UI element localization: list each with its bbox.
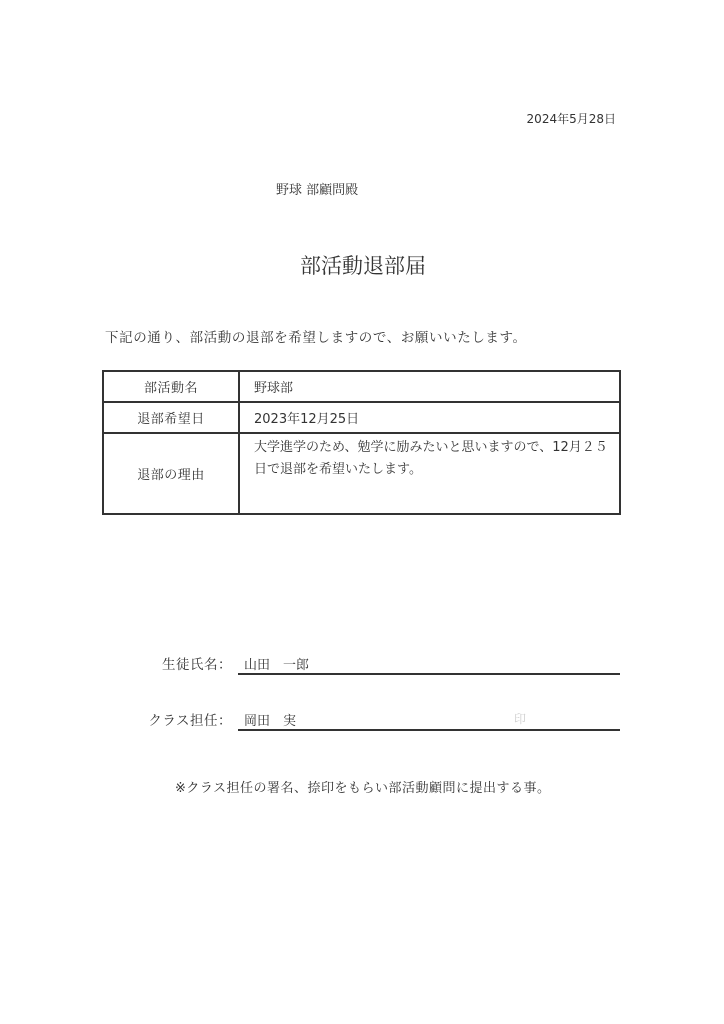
student-name-label: 生徒氏名： [112, 653, 232, 673]
table-row-withdrawal-date: 退部希望日 2023年12月25日 [103, 402, 620, 433]
reason-label: 退部の理由 [103, 433, 239, 514]
homeroom-teacher-value: 岡田 実 [244, 710, 296, 729]
table-row-reason: 退部の理由 大学進学のため、勉学に励みたいと思いますので、12月２５日で退部を希… [103, 433, 620, 514]
student-name-underline [238, 673, 620, 675]
club-name-label: 部活動名 [103, 371, 239, 402]
reason-value: 大学進学のため、勉学に励みたいと思いますので、12月２５日で退部を希望いたします… [239, 433, 620, 514]
intro-text: 下記の通り、部活動の退部を希望しますので、お願いいたします。 [105, 326, 527, 346]
document-date: 2024年5月28日 [527, 110, 616, 127]
student-name-value: 山田 一郎 [244, 654, 309, 673]
withdrawal-date-value: 2023年12月25日 [239, 402, 620, 433]
table-row-club-name: 部活動名 野球部 [103, 371, 620, 402]
document-title: 部活動退部届 [0, 250, 724, 280]
club-name-value: 野球部 [239, 371, 620, 402]
addressee: 野球 部顧問殿 [276, 179, 358, 198]
homeroom-teacher-underline [238, 729, 620, 731]
withdrawal-details-table: 部活動名 野球部 退部希望日 2023年12月25日 退部の理由 大学進学のため… [102, 370, 621, 515]
homeroom-teacher-label: クラス担任： [112, 709, 232, 729]
withdrawal-date-label: 退部希望日 [103, 402, 239, 433]
submission-note: ※クラス担任の署名、捺印をもらい部活動顧問に提出する事。 [175, 777, 551, 796]
seal-mark: 印 [514, 710, 526, 727]
